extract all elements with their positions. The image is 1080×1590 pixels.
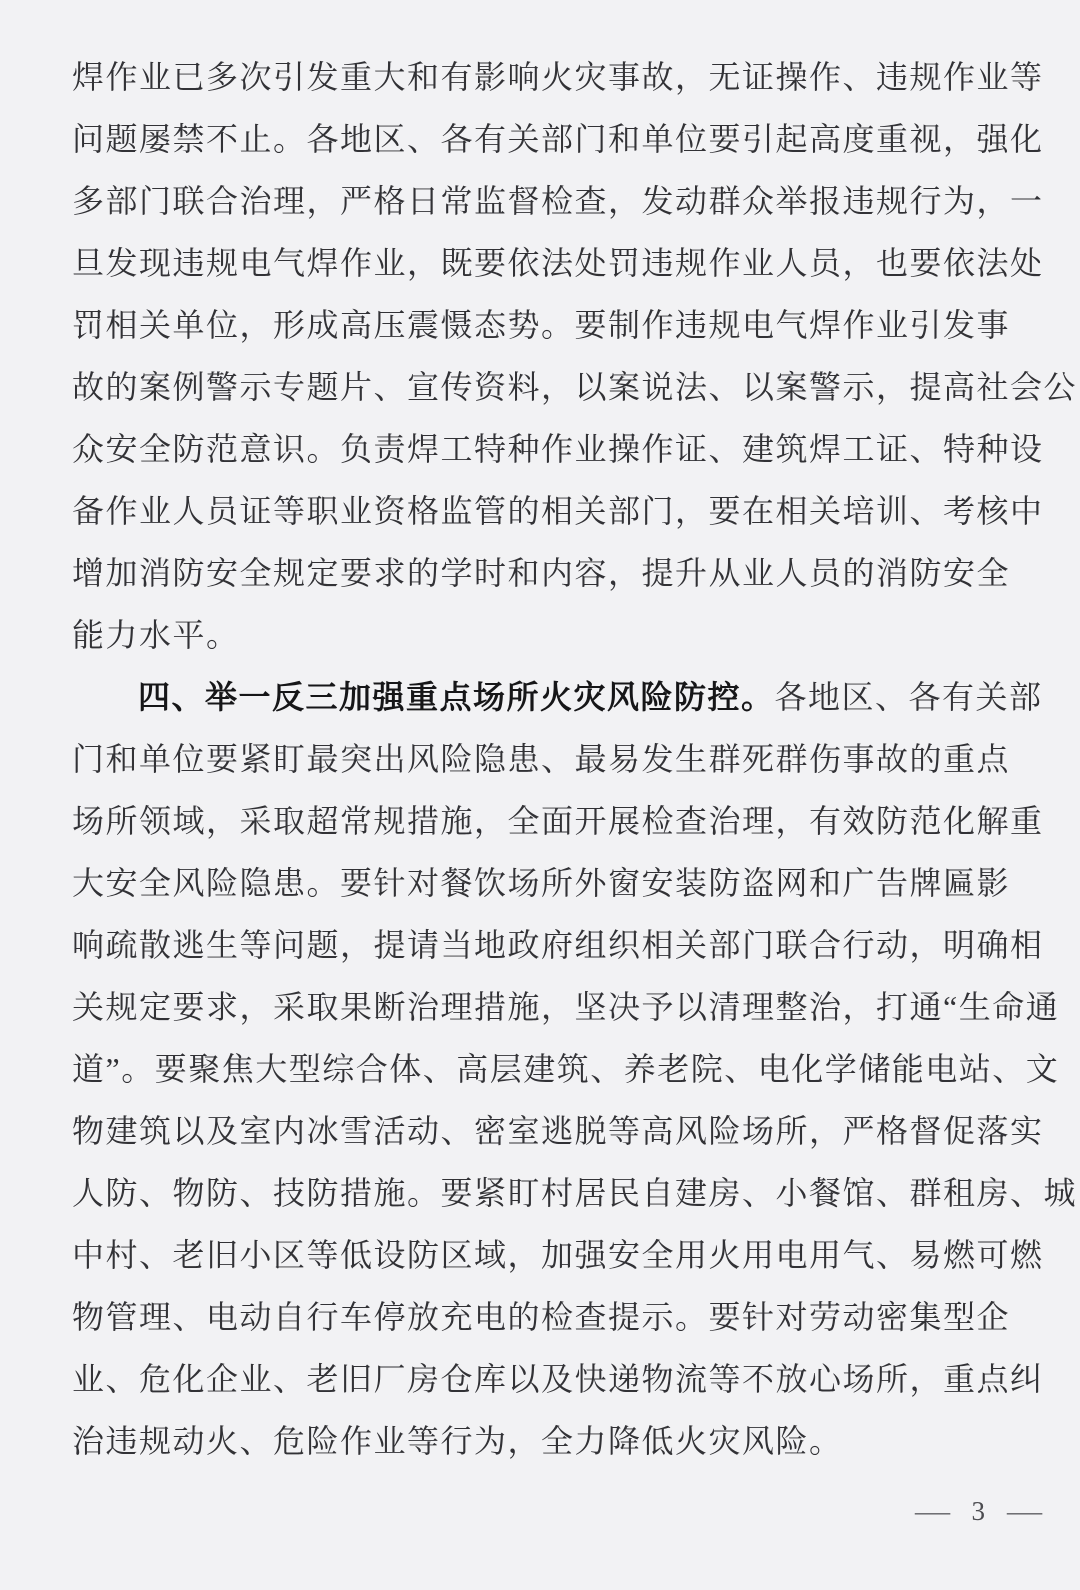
text-line: 场所领域，采取超常规措施，全面开展检查治理，有效防范化解重 [72,790,1044,852]
page-footer: — 3 — [919,1496,1039,1527]
section-four-body: 门和单位要紧盯最突出风险隐患、最易发生群死群伤事故的重点场所领域，采取超常规措施… [72,728,1044,1472]
text-line: 多部门联合治理，严格日常监督检查，发动群众举报违规行为，一 [72,170,1044,232]
section-heading-line: 四、举一反三加强重点场所火灾风险防控。各地区、各有关部 [72,666,1044,728]
text-line: 关规定要求，采取果断治理措施，坚决予以清理整治，打通“生命通 [72,976,1044,1038]
text-line: 增加消防安全规定要求的学时和内容，提升从业人员的消防安全 [72,542,1044,604]
text-line: 能力水平。 [72,604,1044,666]
footer-right-dash: — [1007,1496,1042,1527]
text-line: 故的案例警示专题片、宣传资料，以案说法、以案警示，提高社会公 [72,356,1044,418]
text-line: 备作业人员证等职业资格监管的相关部门，要在相关培训、考核中 [72,480,1044,542]
text-line: 业、危化企业、老旧厂房仓库以及快递物流等不放心场所，重点纠 [72,1348,1044,1410]
text-line: 问题屡禁不止。各地区、各有关部门和单位要引起高度重视，强化 [72,108,1044,170]
paragraph-continuation: 焊作业已多次引发重大和有影响火灾事故，无证操作、违规作业等问题屡禁不止。各地区、… [72,46,1044,666]
text-line: 响疏散逃生等问题，提请当地政府组织相关部门联合行动，明确相 [72,914,1044,976]
document-page: 焊作业已多次引发重大和有影响火灾事故，无证操作、违规作业等问题屡禁不止。各地区、… [0,0,1080,1590]
body-text: 焊作业已多次引发重大和有影响火灾事故，无证操作、违规作业等问题屡禁不止。各地区、… [72,46,1044,1472]
section-four-heading-trailing-text: 各地区、各有关部 [775,679,1043,715]
section-four-heading: 四、举一反三加强重点场所火灾风险防控。 [138,679,775,715]
text-line: 旦发现违规电气焊作业，既要依法处罚违规作业人员，也要依法处 [72,232,1044,294]
text-line: 罚相关单位，形成高压震慑态势。要制作违规电气焊作业引发事 [72,294,1044,356]
text-line: 物建筑以及室内冰雪活动、密室逃脱等高风险场所，严格督促落实 [72,1100,1044,1162]
footer-left-dash: — [914,1496,949,1527]
text-line: 门和单位要紧盯最突出风险隐患、最易发生群死群伤事故的重点 [72,728,1044,790]
text-line: 人防、物防、技防措施。要紧盯村居民自建房、小餐馆、群租房、城 [72,1162,1044,1224]
text-line: 道”。要聚焦大型综合体、高层建筑、养老院、电化学储能电站、文 [72,1038,1044,1100]
text-line: 治违规动火、危险作业等行为，全力降低火灾风险。 [72,1410,1044,1472]
text-line: 众安全防范意识。负责焊工特种作业操作证、建筑焊工证、特种设 [72,418,1044,480]
text-line: 大安全风险隐患。要针对餐饮场所外窗安装防盗网和广告牌匾影 [72,852,1044,914]
page-number: 3 [972,1496,986,1527]
text-line: 焊作业已多次引发重大和有影响火灾事故，无证操作、违规作业等 [72,46,1044,108]
text-line: 物管理、电动自行车停放充电的检查提示。要针对劳动密集型企 [72,1286,1044,1348]
text-line: 中村、老旧小区等低设防区域，加强安全用火用电用气、易燃可燃 [72,1224,1044,1286]
